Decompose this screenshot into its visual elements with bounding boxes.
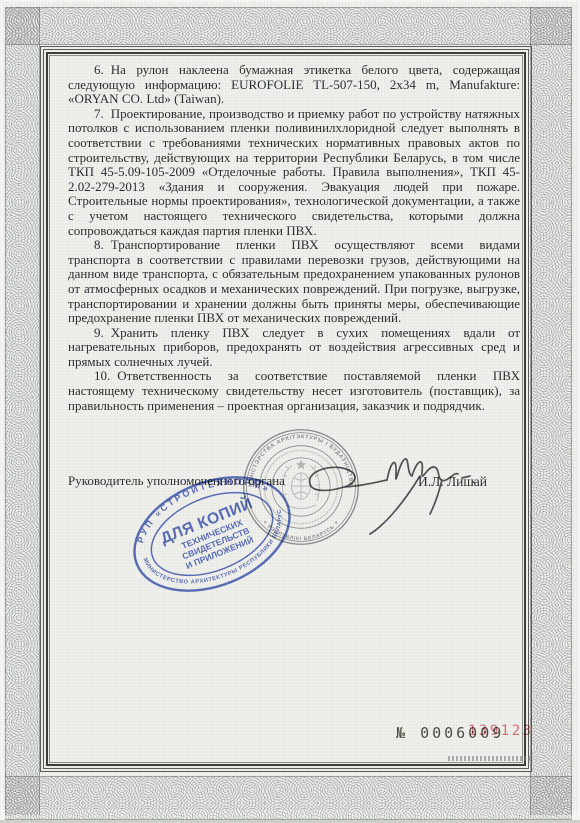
document-body: 6.На рулон наклеена бумажная этикетка бе… xyxy=(68,63,520,413)
guilloche-border-bottom xyxy=(5,776,572,820)
paragraph-text: На рулон наклеена бумажная этикетка бело… xyxy=(68,62,520,106)
paragraph-text: Проектирование, производство и приемку р… xyxy=(68,106,520,238)
paragraph-number: 10. xyxy=(94,368,110,383)
paragraph-10: 10.Ответственность за соответствие поста… xyxy=(68,369,520,413)
paragraph-number: 9. xyxy=(94,325,104,340)
guilloche-border-right xyxy=(530,7,572,815)
paragraph-text: Хранить пленку ПВХ следует в сухих помещ… xyxy=(68,325,520,369)
paragraph-7: 7.Проектирование, производство и приемку… xyxy=(68,107,520,238)
scanned-certificate-page: 6.На рулон наклеена бумажная этикетка бе… xyxy=(0,0,580,823)
document-number-red-overprint: 139123 xyxy=(468,723,534,739)
paragraph-number: 7. xyxy=(94,106,104,121)
guilloche-border-top xyxy=(6,7,572,45)
paragraph-number: 8. xyxy=(94,237,104,252)
paragraph-text: Ответственность за соответствие поставля… xyxy=(68,368,520,412)
handwritten-signature xyxy=(292,436,482,546)
number-prefix: № xyxy=(396,724,408,742)
paragraph-6: 6.На рулон наклеена бумажная этикетка бе… xyxy=(68,63,520,107)
paragraph-8: 8.Транспортирование пленки ПВХ осуществл… xyxy=(68,238,520,326)
paragraph-text: Транспортирование пленки ПВХ осуществляю… xyxy=(68,237,520,325)
printer-imprint-microtext xyxy=(448,756,532,761)
paragraph-9: 9.Хранить пленку ПВХ следует в сухих пом… xyxy=(68,326,520,370)
paragraph-number: 6. xyxy=(94,62,104,77)
guilloche-border-left xyxy=(5,7,40,815)
